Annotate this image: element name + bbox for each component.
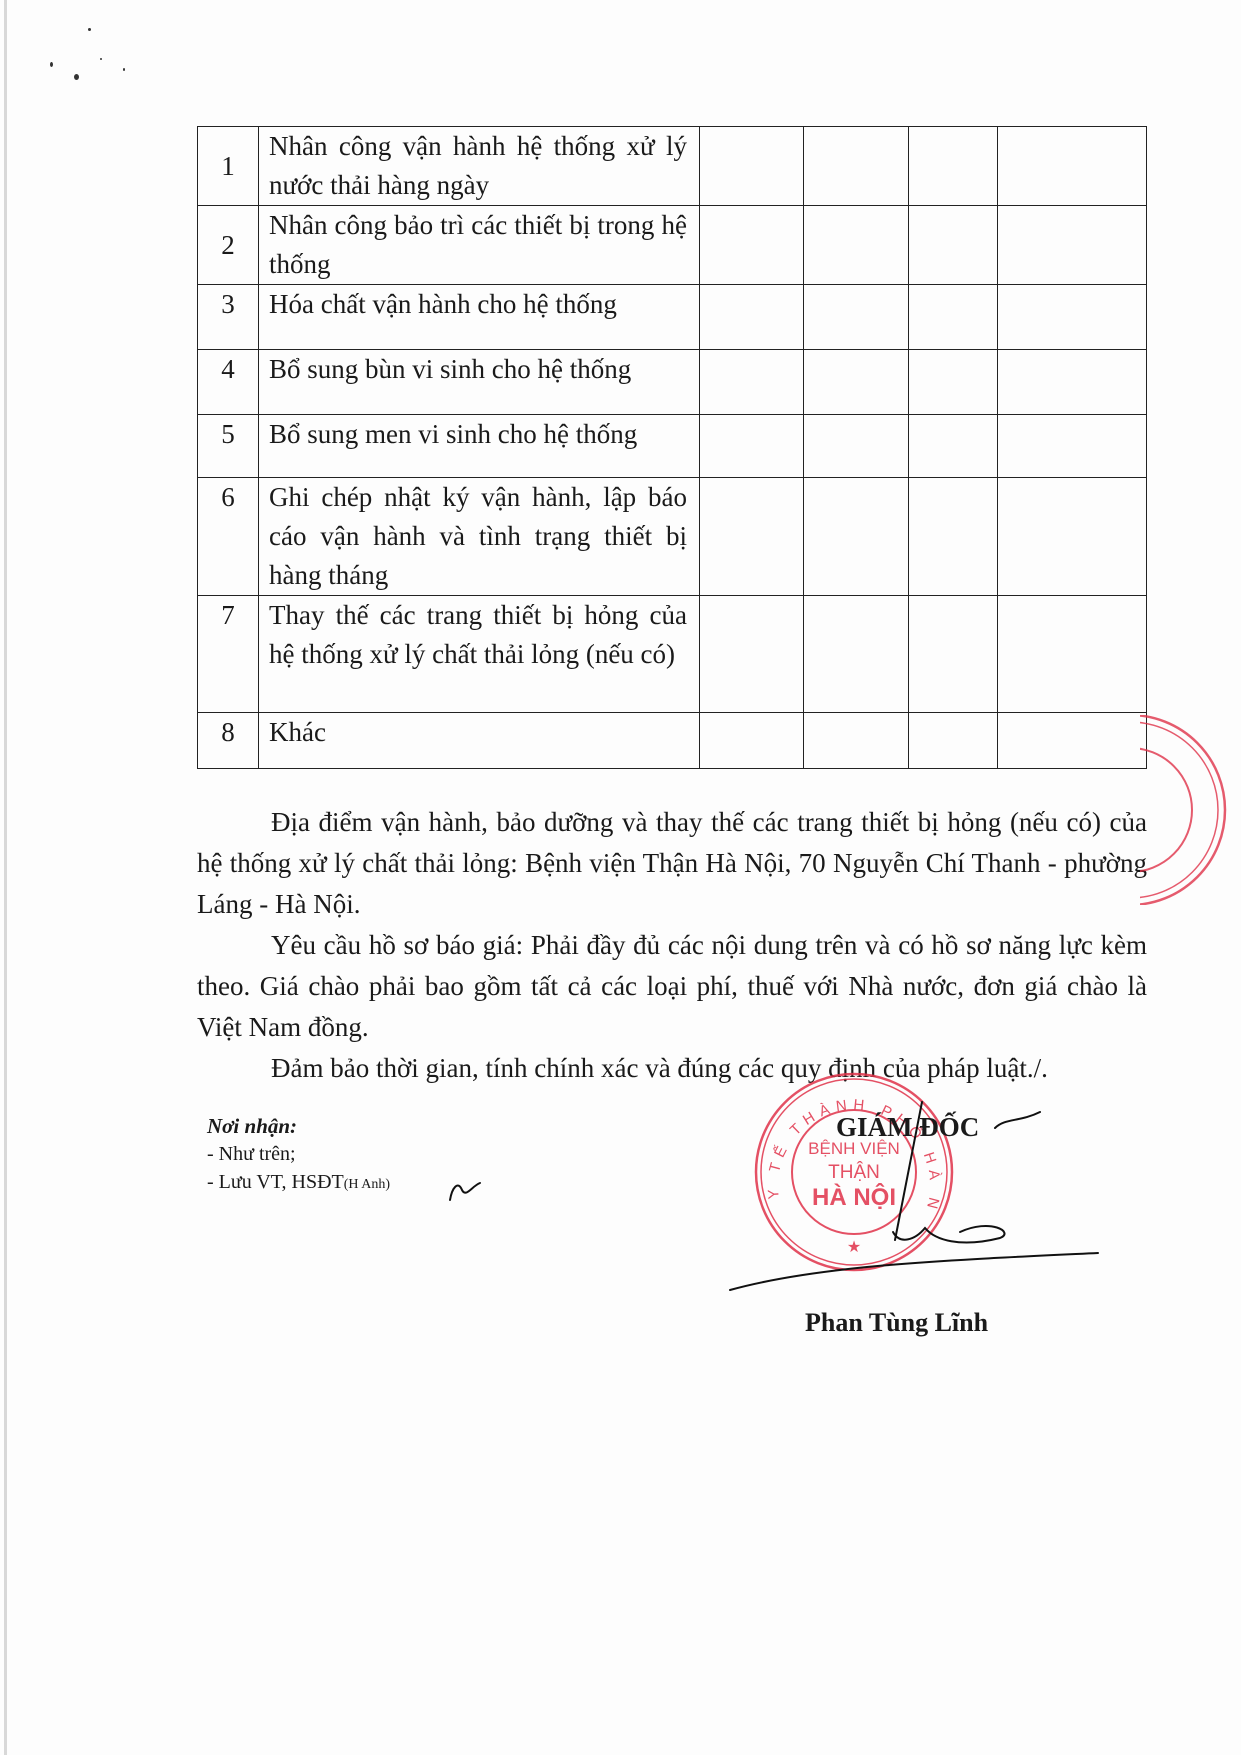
handwritten-signature	[0, 0, 1241, 1755]
signer-name: Phan Tùng Lĩnh	[805, 1308, 988, 1338]
